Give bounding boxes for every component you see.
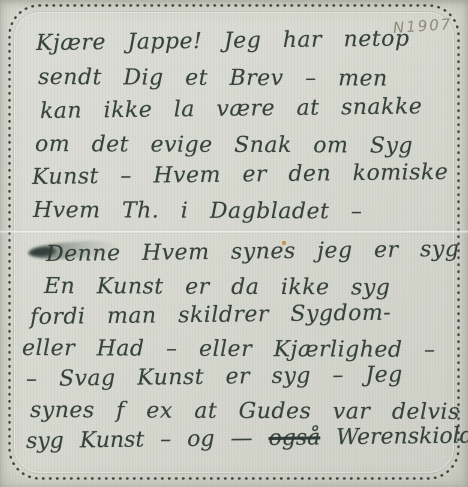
handwritten-line: fordi man skildrer Sygdom- [30, 303, 391, 329]
letter-card: N1907 Kjære Jappe! Jeg har netopsendt Di… [0, 0, 468, 487]
handwriting-segment: sendt Dig et Brev – men [38, 65, 388, 92]
handwriting-segment: syg Kunst – og — [26, 426, 269, 454]
handwriting-segment: Kunst – Hvem er den komiske [32, 160, 449, 190]
handwriting-segment: En Kunst er da ikke syg [44, 274, 390, 301]
handwritten-line: Denne Hvem synes jeg er syg – [46, 239, 468, 266]
handwriting-segment: Werenskiold [320, 424, 468, 451]
handwriting-segment: eller Had – eller Kjærlighed – [22, 336, 436, 363]
handwritten-line: Kjære Jappe! Jeg har netop [36, 28, 410, 55]
handwriting-segment: – Svag Kunst er syg – Jeg [26, 362, 403, 392]
handwriting-segment: Kjære Jappe! Jeg har netop [36, 26, 410, 56]
handwritten-line: Hvem Th. i Dagbladet – [33, 200, 362, 223]
handwritten-line: eller Had – eller Kjærlighed – [22, 338, 436, 362]
handwriting-segment: fordi man skildrer Sygdom- [30, 301, 391, 330]
handwritten-line: sendt Dig et Brev – men [38, 67, 388, 91]
handwriting-segment: om det evige Snak om Syg [35, 132, 413, 159]
handwriting-segment: kan ikke la være at snakke [40, 94, 423, 124]
handwriting-segment: Hvem Th. i Dagbladet – [33, 198, 362, 224]
handwritten-line: om det evige Snak om Syg [35, 134, 413, 158]
handwritten-line: kan ikke la være at snakke [40, 96, 423, 123]
handwriting-segment: synes f ex at Gudes var delvis [30, 398, 460, 425]
handwritten-line: Kunst – Hvem er den komiske [32, 162, 449, 189]
handwritten-line: synes f ex at Gudes var delvis [30, 400, 460, 424]
handwritten-line: – Svag Kunst er syg – Jeg [26, 364, 403, 391]
handwriting-segment: Denne Hvem synes jeg er syg – [46, 237, 468, 267]
handwritten-line: syg Kunst – og — også Werenskiold [26, 426, 468, 453]
handwritten-line: En Kunst er da ikke syg [44, 276, 390, 300]
fold-crease [0, 229, 468, 234]
struck-word: også [268, 425, 320, 451]
